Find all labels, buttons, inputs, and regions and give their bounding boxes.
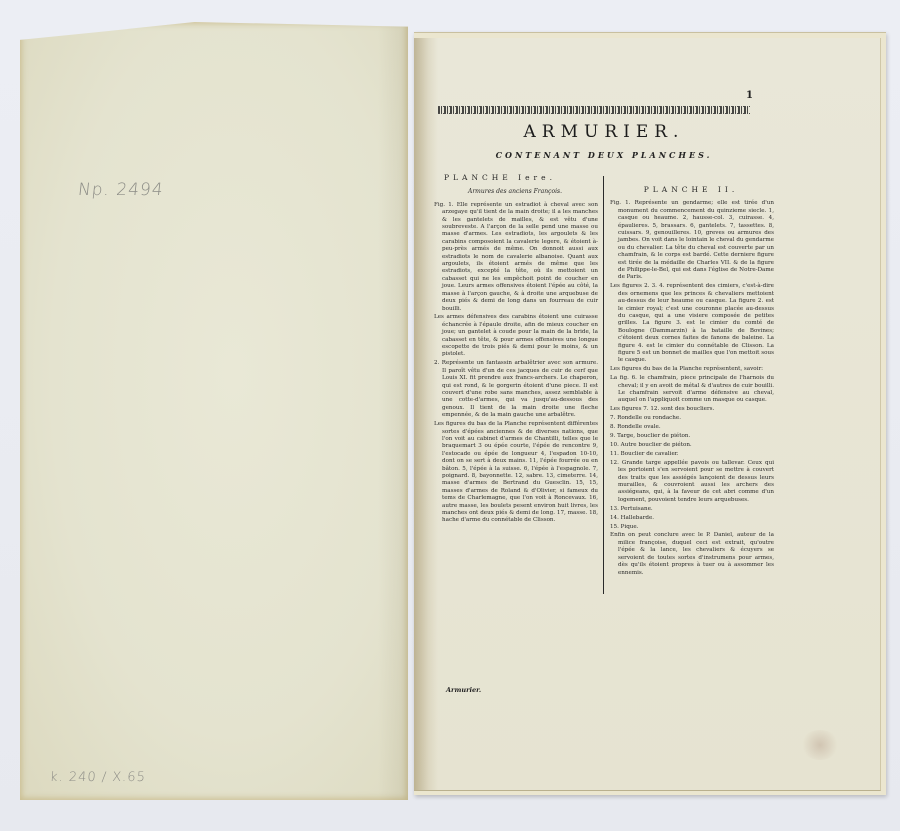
decorative-border-ornament: [438, 106, 750, 114]
plate-2-paragraph: Les figures 2. 3. 4. représentent des ci…: [608, 283, 774, 364]
plate-2-list-item: 15. Pique.: [608, 524, 774, 531]
page-title: ARMURIER.: [414, 122, 794, 142]
plate-2-list-item: 8. Rondelle ovale.: [608, 424, 774, 431]
plate-2-paragraph: Les figures 7. 12. sont des boucliers.: [608, 406, 774, 413]
plate-1-paragraph: Les figures du bas de la Planche représe…: [432, 421, 598, 525]
plate-2-list-item: 10. Autre bouclier de piéton.: [608, 442, 774, 449]
plate-1-section-heading: Armures des anciens François.: [432, 188, 598, 195]
right-page: 1 ARMURIER. CONTENANT DEUX PLANCHES. PLA…: [414, 38, 881, 791]
plate-2-list-item: 13. Pertuisane.: [608, 506, 774, 513]
plate-2-paragraph: Les figures du bas de la Planche représe…: [608, 366, 774, 373]
handwritten-shelf-mark: k. 240 / X.65: [49, 770, 146, 785]
plate-1-column: PLANCHE Iere. Armures des anciens Franço…: [432, 174, 598, 526]
plate-2-paragraph: La fig. 6. le chamfrain, piece principal…: [608, 375, 774, 405]
plate-2-paragraph: Enfin on peut conclure avec le P. Daniel…: [608, 532, 774, 576]
left-page: Np. 2494 k. 240 / X.65: [20, 22, 408, 800]
plate-2-column: PLANCHE II. Fig. 1. Représente un gendar…: [608, 174, 774, 578]
plate-1-paragraph: Les armes défensives des carabins étoien…: [432, 314, 598, 358]
plate-2-list-item: 11. Bouclier de cavalier.: [608, 451, 774, 458]
plate-2-paragraph: Fig. 1. Représente un gendarme; elle est…: [608, 200, 774, 281]
page-subtitle: CONTENANT DEUX PLANCHES.: [414, 150, 794, 160]
column-divider: [603, 176, 604, 594]
plate-1-paragraph: Fig. 1. Elle représente un estradiot à c…: [432, 202, 598, 313]
plate-1-heading: PLANCHE Iere.: [432, 174, 598, 181]
plate-1-paragraph: 2. Représente un fantassin arbalêtrier a…: [432, 360, 598, 419]
plate-2-list-item: 7. Rondelle ou rondache.: [608, 415, 774, 422]
page-number: 1: [746, 90, 753, 101]
plate-2-list-item: 14. Hallebarde.: [608, 515, 774, 522]
paper-stain: [800, 730, 840, 760]
plate-2-list-item: 12. Grande targe appellée pavois ou tall…: [608, 460, 774, 504]
plate-2-list-item: 9. Targe, bouclier de piéton.: [608, 433, 774, 440]
page-fold-shadow: [378, 22, 408, 800]
plate-2-heading: PLANCHE II.: [608, 186, 774, 193]
handwritten-inventory-number: Np. 2494: [77, 180, 165, 200]
footer-signature: Armurier.: [446, 686, 481, 694]
